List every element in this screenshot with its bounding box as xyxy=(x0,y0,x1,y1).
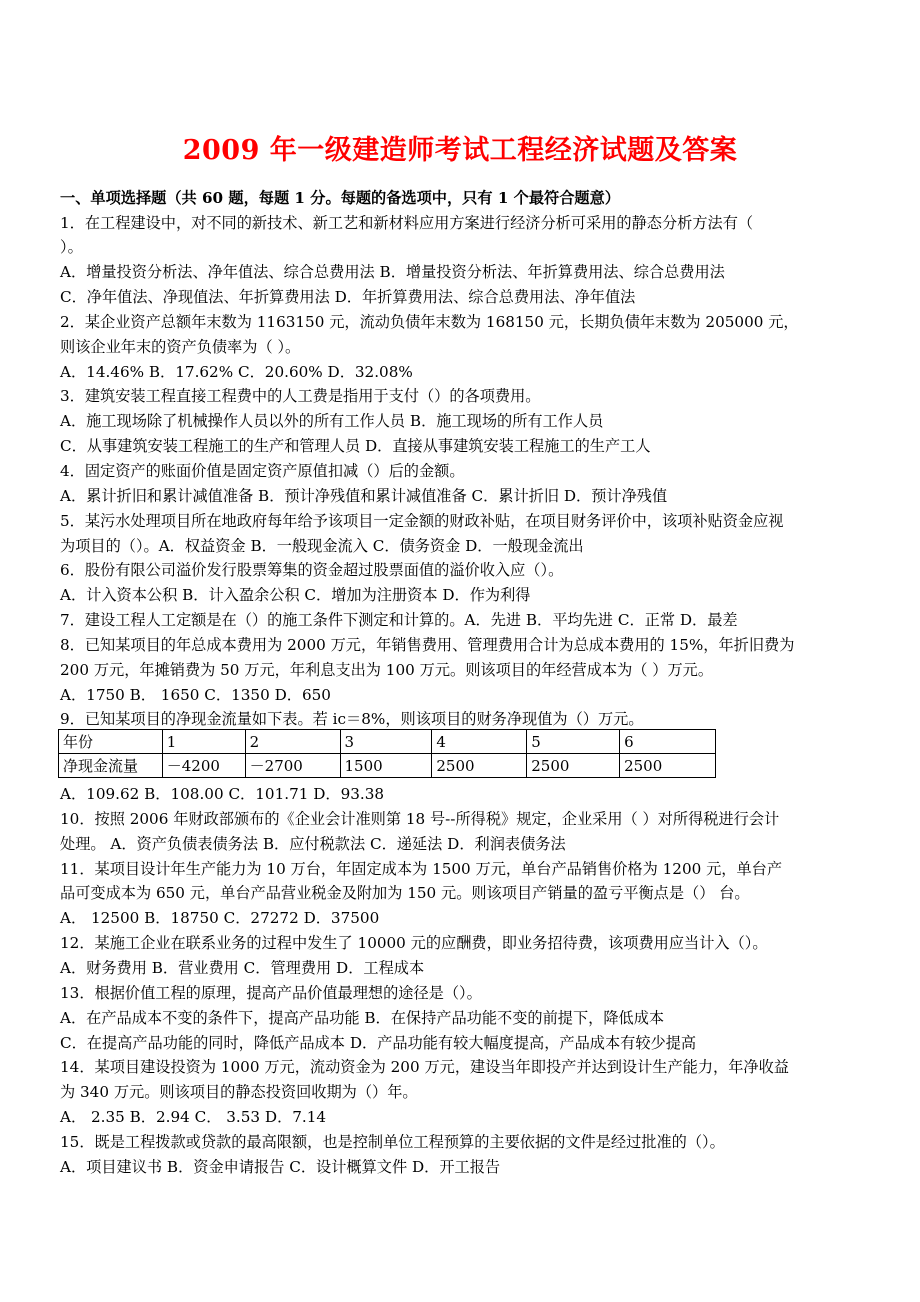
q1-options-cd: C．净年值法、净现值法、年折算费用法 D．年折算费用法、综合总费用法、净年值法 xyxy=(60,285,850,309)
table-cell: 5 xyxy=(527,730,620,754)
cashflow-table: 年份 1 2 3 4 5 6 净现金流量 －4200 －2700 1500 25… xyxy=(58,729,716,778)
q10-stem-options: 处理。 A．资产负债表债务法 B．应付税款法 C．递延法 D．利润表债务法 xyxy=(60,832,850,856)
document-page: 2009 年一级建造师考试工程经济试题及答案 一、单项选择题（共 60 题，每题… xyxy=(0,0,920,1302)
q8-options: A．1750 B． 1650 C．1350 D．650 xyxy=(60,683,850,707)
q13-stem: 13．根据价值工程的原理，提高产品价值最理想的途径是（）。 xyxy=(60,981,850,1005)
document-title: 2009 年一级建造师考试工程经济试题及答案 xyxy=(0,128,920,167)
q7-stem-options: 7．建设工程人工定额是在（）的施工条件下测定和计算的。A．先进 B．平均先进 C… xyxy=(60,608,850,632)
q1-stem-end: ）。 xyxy=(60,235,850,259)
q5-stem-options: 为项目的（）。A．权益资金 B．一般现金流入 C．债务资金 D．一般现金流出 xyxy=(60,534,850,558)
table-cell: 年份 xyxy=(59,730,163,754)
table-cell: 2 xyxy=(245,730,340,754)
q14-options: A． 2.35 B．2.94 C． 3.53 D．7.14 xyxy=(60,1105,850,1129)
q1-options-ab: A．增量投资分析法、净年值法、综合总费用法 B．增量投资分析法、年折算费用法、综… xyxy=(60,260,850,284)
q3-options-cd: C．从事建筑安装工程施工的生产和管理人员 D．直接从事建筑安装工程施工的生产工人 xyxy=(60,434,850,458)
table-cell: 6 xyxy=(620,730,716,754)
q10-stem: 10．按照 2006 年财政部颁布的《企业会计准则第 18 号--所得税》规定，… xyxy=(60,807,850,831)
q14-stem: 14．某项目建设投资为 1000 万元，流动资金为 200 万元，建设当年即投产… xyxy=(60,1055,850,1079)
table-cell: 2500 xyxy=(432,754,527,778)
q9-options: A．109.62 B．108.00 C．101.71 D．93.38 xyxy=(60,782,850,806)
q9-stem: 9．已知某项目的净现金流量如下表。若 ic＝8%，则该项目的财务净现值为（）万元… xyxy=(60,707,850,731)
q13-options-cd: C．在提高产品功能的同时，降低产品成本 D．产品功能有较大幅度提高，产品成本有较… xyxy=(60,1031,850,1055)
section-heading: 一、单项选择题（共 60 题，每题 1 分。每题的备选项中，只有 1 个最符合题… xyxy=(60,186,850,210)
table-header-row: 年份 1 2 3 4 5 6 xyxy=(59,730,716,754)
table-cell: 2500 xyxy=(527,754,620,778)
q8-stem: 8．已知某项目的年总成本费用为 2000 万元，年销售费用、管理费用合计为总成本… xyxy=(60,633,850,657)
q2-stem: 2．某企业资产总额年末数为 1163150 元，流动负债年末数为 168150 … xyxy=(60,310,850,334)
q4-options: A．累计折旧和累计减值准备 B．预计净残值和累计减值准备 C．累计折旧 D．预计… xyxy=(60,484,850,508)
q15-options: A．项目建议书 B．资金申请报告 C．设计概算文件 D．开工报告 xyxy=(60,1155,850,1179)
q2-options: A．14.46% B．17.62% C．20.60% D．32.08% xyxy=(60,360,850,384)
q12-stem: 12．某施工企业在联系业务的过程中发生了 10000 元的应酬费，即业务招待费，… xyxy=(60,931,850,955)
q6-options: A．计入资本公积 B．计入盈余公积 C．增加为注册资本 D．作为利得 xyxy=(60,583,850,607)
q6-stem: 6．股份有限公司溢价发行股票筹集的资金超过股票面值的溢价收入应（）。 xyxy=(60,558,850,582)
q11-stem-end: 品可变成本为 650 元，单台产品营业税金及附加为 150 元。则该项目产销量的… xyxy=(60,881,850,905)
table-cell: 3 xyxy=(340,730,432,754)
table-row: 净现金流量 －4200 －2700 1500 2500 2500 2500 xyxy=(59,754,716,778)
q15-stem: 15．既是工程拨款或贷款的最高限额，也是控制单位工程预算的主要依据的文件是经过批… xyxy=(60,1130,850,1154)
q1-stem: 1．在工程建设中，对不同的新技术、新工艺和新材料应用方案进行经济分析可采用的静态… xyxy=(60,211,850,235)
q11-stem: 11．某项目设计年生产能力为 10 万台，年固定成本为 1500 万元，单台产品… xyxy=(60,857,850,881)
q2-stem-end: 则该企业年末的资产负债率为（ ）。 xyxy=(60,335,850,359)
table-cell: 净现金流量 xyxy=(59,754,163,778)
q3-options-ab: A．施工现场除了机械操作人员以外的所有工作人员 B．施工现场的所有工作人员 xyxy=(60,409,850,433)
q12-options: A．财务费用 B．营业费用 C．管理费用 D．工程成本 xyxy=(60,956,850,980)
table-cell: 1 xyxy=(162,730,245,754)
q11-options: A． 12500 B．18750 C．27272 D．37500 xyxy=(60,906,850,930)
q5-stem: 5．某污水处理项目所在地政府每年给予该项目一定金额的财政补贴，在项目财务评价中，… xyxy=(60,509,850,533)
table-cell: 2500 xyxy=(620,754,716,778)
table-cell: 1500 xyxy=(340,754,432,778)
table-cell: －4200 xyxy=(162,754,245,778)
q3-stem: 3．建筑安装工程直接工程费中的人工费是指用于支付（）的各项费用。 xyxy=(60,384,850,408)
table-cell: －2700 xyxy=(245,754,340,778)
q14-stem-end: 为 340 万元。则该项目的静态投资回收期为（）年。 xyxy=(60,1080,850,1104)
q13-options-ab: A．在产品成本不变的条件下，提高产品功能 B．在保持产品功能不变的前提下，降低成… xyxy=(60,1006,850,1030)
q8-stem-end: 200 万元，年摊销费为 50 万元，年利息支出为 100 万元。则该项目的年经… xyxy=(60,658,850,682)
table-cell: 4 xyxy=(432,730,527,754)
q4-stem: 4．固定资产的账面价值是固定资产原值扣减（）后的金额。 xyxy=(60,459,850,483)
